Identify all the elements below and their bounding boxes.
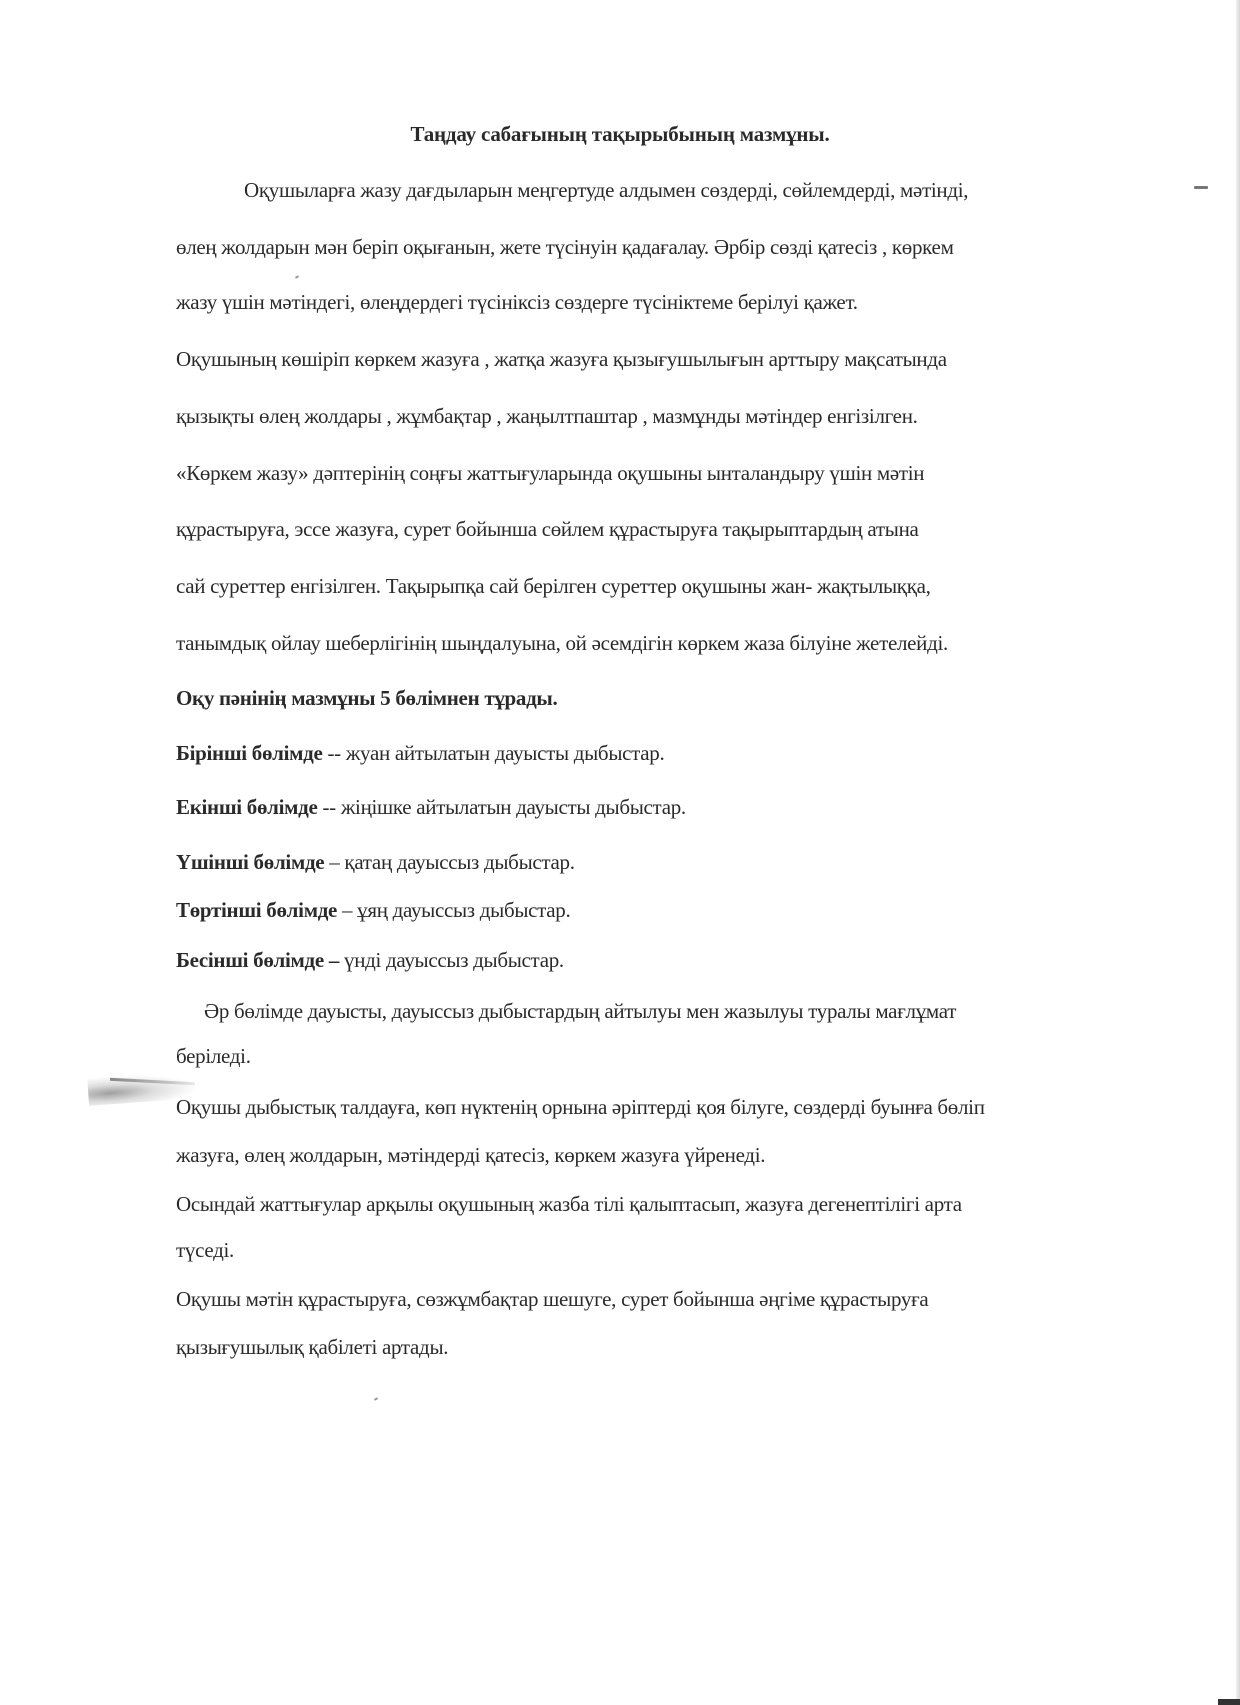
closing-line: беріледі.: [176, 1044, 251, 1069]
closing-line: Оқушы мәтін құрастыруға, сөзжұмбақтар ше…: [176, 1287, 928, 1312]
section-text: жіңішке айтылатын дауысты дыбыстар.: [341, 795, 686, 819]
document-title: Таңдау сабағының тақырыбының мазмұны.: [0, 122, 1240, 147]
section-label: Екінші бөлімде: [176, 795, 318, 819]
section-separator: --: [323, 741, 346, 765]
section-item: Төртінші бөлімде – ұяң дауыссыз дыбыстар…: [176, 898, 570, 923]
section-item: Бірінші бөлімде -- жуан айтылатын дауыст…: [176, 741, 664, 766]
intro-line: құрастыруға, эссе жазуға, сурет бойынша …: [176, 517, 919, 542]
section-item: Екінші бөлімде -- жіңішке айтылатын дауы…: [176, 795, 686, 820]
scan-speck: [295, 275, 299, 279]
section-text: жуан айтылатын дауысты дыбыстар.: [346, 741, 665, 765]
closing-line: жазуға, өлең жолдарын, мәтіндерді қатесі…: [176, 1143, 765, 1168]
section-text: қатаң дауыссыз дыбыстар.: [344, 850, 574, 874]
scan-corner-mark: [1218, 1699, 1240, 1705]
intro-line: Оқушыларға жазу дағдыларын меңгертуде ал…: [244, 178, 968, 203]
intro-line: жазу үшін мәтіндегі, өлеңдердегі түсінік…: [176, 290, 858, 315]
scan-page-edge: [1236, 0, 1240, 1705]
section-label: Бесінші бөлімде –: [176, 948, 339, 972]
closing-line: Осындай жаттығулар арқылы оқушының жазба…: [176, 1192, 962, 1217]
section-label: Бірінші бөлімде: [176, 741, 323, 765]
intro-line: танымдық ойлау шеберлігінің шыңдалуына, …: [176, 631, 948, 656]
section-label: Үшінші бөлімде: [176, 850, 324, 874]
intro-line: сай суреттер енгізілген. Тақырыпқа сай б…: [176, 574, 931, 599]
intro-line: қызықты өлең жолдары , жұмбақтар , жаңыл…: [176, 404, 918, 429]
section-text: ұяң дауыссыз дыбыстар.: [357, 898, 570, 922]
sections-heading: Оқу пәнінің мазмұны 5 бөлімнен тұрады.: [176, 686, 557, 711]
intro-line: Оқушының көшіріп көркем жазуға , жатқа ж…: [176, 347, 947, 372]
closing-line: Оқушы дыбыстық талдауға, көп нүктенің ор…: [176, 1095, 985, 1120]
intro-line: «Көркем жазу» дәптерінің соңғы жаттығула…: [176, 461, 924, 486]
closing-line: Әр бөлімде дауысты, дауыссыз дыбыстардың…: [204, 999, 956, 1024]
scan-artifact-mark: [1194, 186, 1208, 189]
section-separator: --: [318, 795, 341, 819]
closing-line: түседі.: [176, 1238, 234, 1263]
section-item: Үшінші бөлімде – қатаң дауыссыз дыбыстар…: [176, 850, 575, 875]
section-separator: –: [324, 850, 344, 874]
scan-speck: [374, 1397, 378, 1401]
intro-line: өлең жолдарын мән беріп оқығанын, жете т…: [176, 235, 954, 260]
section-item: Бесінші бөлімде – үнді дауыссыз дыбыстар…: [176, 948, 564, 973]
section-text: үнді дауыссыз дыбыстар.: [344, 948, 564, 972]
section-label: Төртінші бөлімде: [176, 898, 337, 922]
closing-line: қызығушылық қабілеті артады.: [176, 1335, 448, 1360]
section-separator: –: [337, 898, 357, 922]
